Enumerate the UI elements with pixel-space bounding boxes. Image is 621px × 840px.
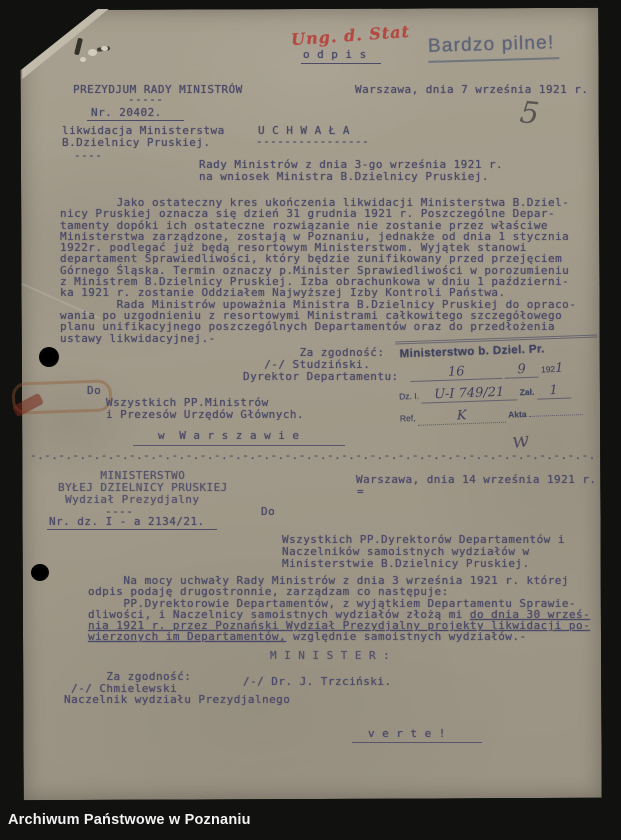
doc2-body-part3: względnie samoistnych wydziałów.- (286, 630, 526, 643)
stamp-dz-label: Dz. I. (399, 391, 419, 402)
stamp-year-printed: 192 (541, 364, 556, 374)
doc1-reference-number: Nr. 20402. (87, 107, 184, 121)
doc1-sender-underline-dashes: ----- (128, 94, 163, 106)
verte-note: v e r t e ! (368, 728, 446, 740)
doc1-addressee-city: w W a r s z a w i e (158, 430, 299, 442)
doc2-place-date: Warszawa, dnia 14 września 1921 r. (356, 474, 596, 486)
doc2-addressee: Wszystkich PP.Dyrektorów Departamentów i… (282, 534, 565, 570)
stamp-date-month: 9 (517, 362, 526, 377)
doc2-body-text: Na mocy uchwały Rady Ministrów z dnia 3 … (88, 575, 590, 643)
doc1-title-underline: ---------------- (256, 136, 369, 148)
doc2-addressee-label: Do (261, 506, 275, 518)
doc1-body-text: Jako ostateczny kres ukończenia likwidac… (60, 197, 576, 344)
doc2-date-dash: = (357, 486, 364, 498)
stamp-ref-label: Ref, (400, 413, 416, 424)
stamp-akta-label: Akta (508, 409, 527, 420)
registry-stamp-dz-row: Dz. I. U-I 749/21 Zał. 1 (397, 381, 599, 404)
paper-damage-spot (80, 57, 86, 62)
addressee-city-underline (133, 445, 345, 446)
doc1-subject-dash: ---- (74, 150, 102, 162)
registry-stamp-title: Ministerstwo b. Dziel. Pr. (399, 342, 597, 361)
typed-separator-line: -.-.-.-.-.-.-.-.-.-.-.-.-.-.-.-.-.-.-.-.… (30, 450, 598, 462)
stamp-zal-value: 1 (549, 383, 558, 398)
doc2-sender: MINISTERSTWO BYŁEJ DZIELNICY PRUSKIEJ Wy… (58, 470, 228, 507)
stamp-dz-value: U-I 749/21 (434, 385, 505, 402)
paper-damage-spot (101, 46, 108, 51)
doc1-certification: Za zgodność: /-/ Studziński. Dyrektor De… (243, 347, 399, 384)
doc1-subject: likwidacja Ministerstwa B.Dzielnicy Prus… (62, 125, 225, 149)
paper-damage-spot (88, 49, 97, 56)
registry-stamp-ref-row: Ref, K Akta (398, 403, 600, 426)
hole-punch (31, 564, 49, 581)
stamp-ref-value: K (457, 408, 467, 423)
stamp-year-written: 1 (555, 361, 564, 376)
doc2-certification: Za zgodność: /-/ Chmielewski Naczelnik w… (64, 671, 290, 706)
copy-label: o d p i s (301, 49, 381, 64)
archive-watermark: Archiwum Państwowe w Poznaniu (8, 812, 251, 828)
doc1-addressee-label: Do (87, 385, 101, 397)
doc2-minister-heading: M I N I S T E R : (270, 650, 390, 662)
doc1-addressee: Wszystkich PP.Ministrów i Prezesów Urzęd… (106, 397, 304, 421)
doc1-subtitle: Rady Ministrów z dnia 3-go września 1921… (199, 159, 503, 183)
registry-stamp: Ministerstwo b. Dziel. Pr. 16 9 1921 Dz.… (395, 335, 601, 449)
stamp-date-day: 16 (448, 364, 465, 380)
pencil-page-number: 5 (518, 95, 541, 132)
stamp-zal-label: Zał. (519, 387, 534, 398)
verte-underline (352, 742, 482, 743)
doc1-place-date: Warszawa, dnia 7 września 1921 r. (355, 84, 588, 96)
urgent-stamp: Bardzo pilne! (428, 32, 559, 63)
hole-punch (39, 347, 59, 367)
registry-stamp-date-row: 16 9 1921 (396, 359, 598, 382)
doc2-reference-number: Nr. dz. I - a 2134/21. (47, 516, 217, 530)
